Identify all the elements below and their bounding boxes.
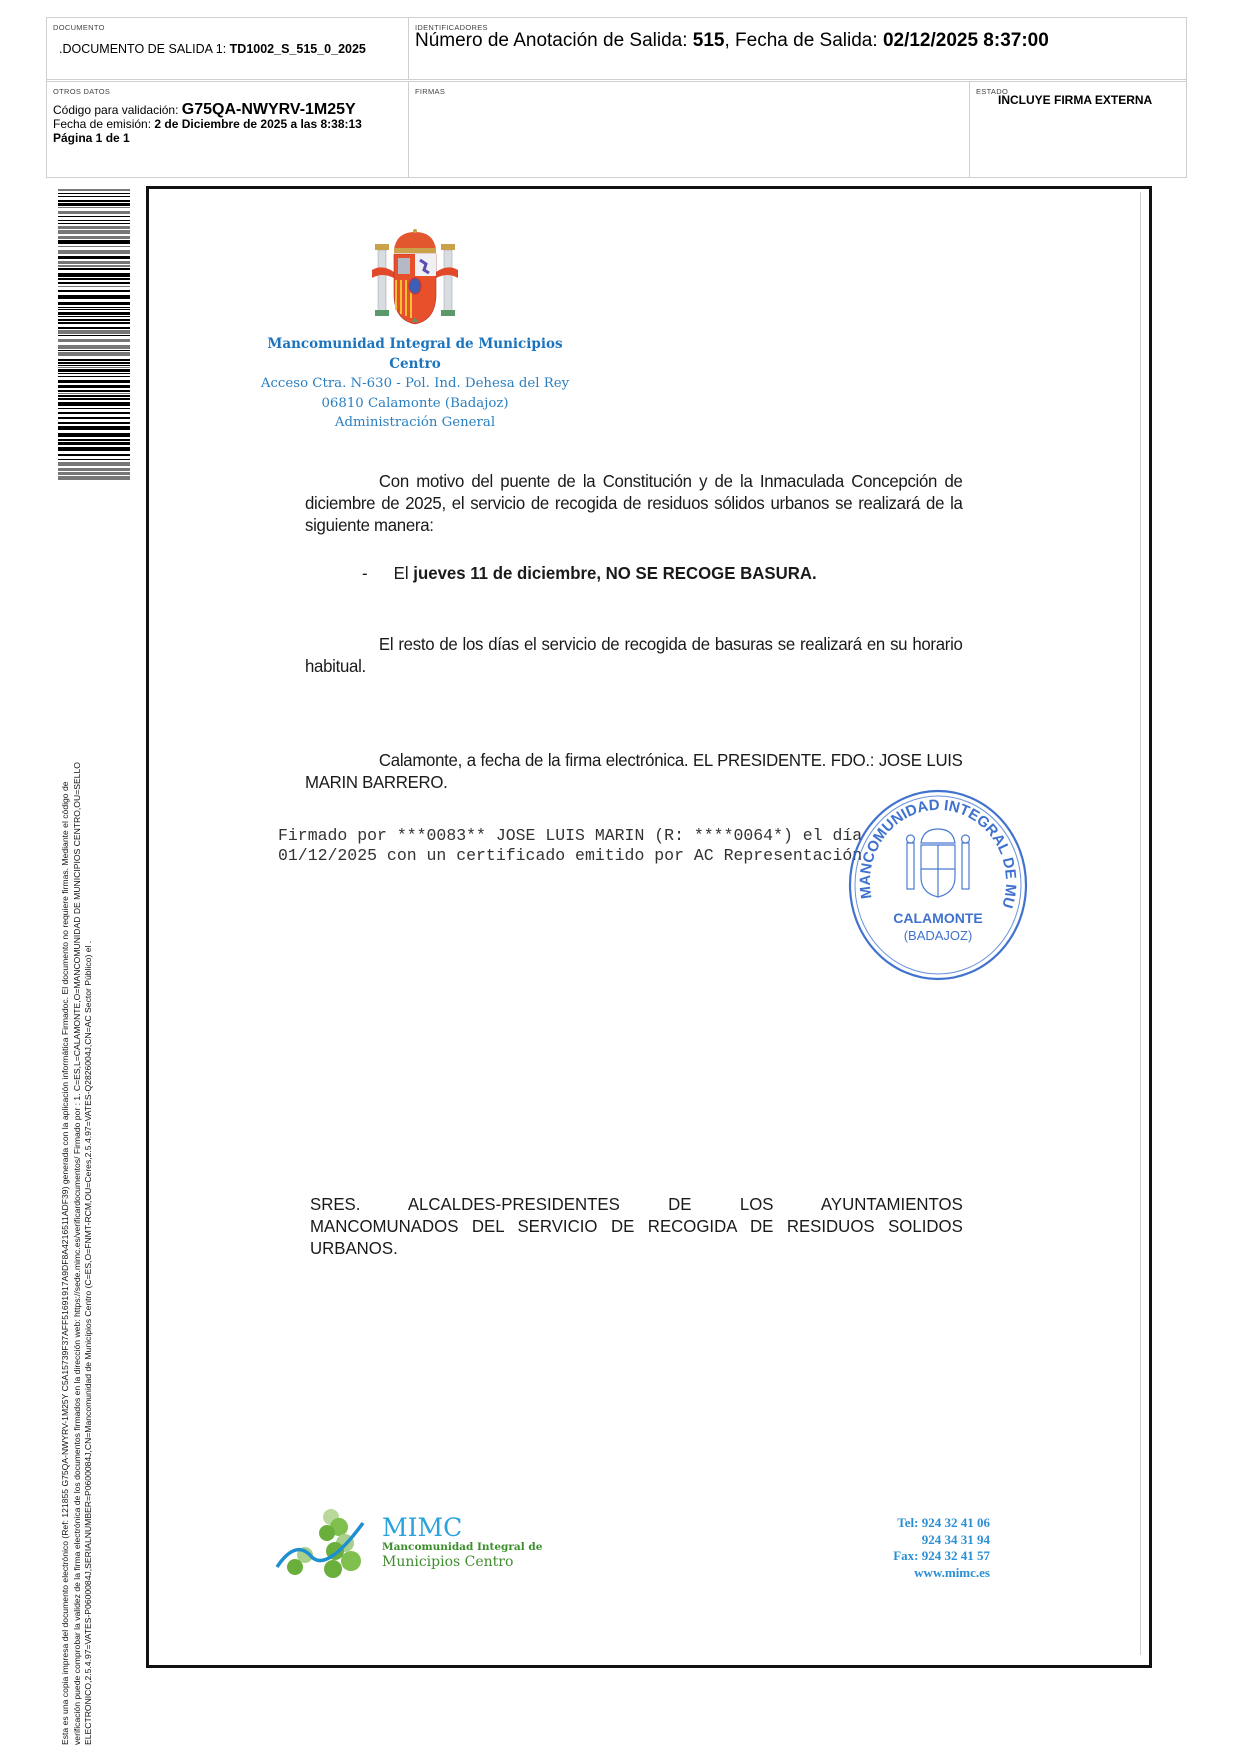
letterhead-department: Administración General (250, 413, 580, 433)
identificadores-cell: IDENTIFICADORES Número de Anotación de S… (409, 18, 1186, 79)
identificadores-value: Número de Anotación de Salida: 515, Fech… (415, 30, 1095, 52)
emision-date: 2 de Diciembre de 2025 a las 8:38:13 (154, 117, 361, 131)
firmas-cell: FIRMAS (409, 82, 970, 177)
paragraph-intro: Con motivo del puente de la Constitución… (305, 470, 963, 536)
letterhead-org-name: Mancomunidad Integral de Municipios Cent… (250, 335, 580, 374)
contact-info: Tel: 924 32 41 06 924 34 31 94 Fax: 924 … (860, 1515, 990, 1581)
emision-label: Fecha de emisión: (53, 117, 154, 131)
otros-datos-label: OTROS DATOS (53, 87, 110, 96)
firmas-label: FIRMAS (415, 87, 445, 96)
document-header-table: DOCUMENTO .DOCUMENTO DE SALIDA 1: TD1002… (46, 17, 1187, 178)
side-text-line-3: ELECTRONICO,2.5.4.97=VATES-P0600084J,SER… (83, 485, 95, 1745)
documento-code: TD1002_S_515_0_2025 (230, 42, 366, 56)
recipients: SRES. ALCALDES-PRESIDENTES DE LOS AYUNTA… (310, 1193, 963, 1259)
svg-text:CALAMONTE: CALAMONTE (893, 910, 982, 926)
documento-prefix: .DOCUMENTO DE SALIDA 1: (59, 42, 230, 56)
documento-value: .DOCUMENTO DE SALIDA 1: TD1002_S_515_0_2… (59, 42, 366, 56)
svg-text:(BADAJOZ): (BADAJOZ) (904, 928, 973, 943)
side-text-line-1: Esta es una copia impresa del documento … (60, 485, 72, 1745)
recipients-line-1: SRES. ALCALDES-PRESIDENTES DE LOS AYUNTA… (310, 1193, 963, 1215)
bullet-item: -El jueves 11 de diciembre, NO SE RECOGE… (362, 563, 817, 584)
mimc-logo-icon (275, 1505, 365, 1585)
validation-code: G75QA-NWYRV-1M25Y (182, 101, 356, 118)
mimc-subtitle-1: Mancomunidad Integral de (382, 1541, 542, 1554)
fecha-salida-label: , Fecha de Salida: (725, 30, 883, 51)
website-link[interactable]: www.mimc.es (860, 1565, 990, 1582)
mimc-brand: MIMC Mancomunidad Integral de Municipios… (382, 1515, 542, 1570)
estado-cell: ESTADO INCLUYE FIRMA EXTERNA (970, 82, 1186, 177)
side-text-line-2: verificación puede comprobar la validez … (72, 485, 84, 1745)
fax: Fax: 924 32 41 57 (860, 1548, 990, 1565)
mimc-subtitle-2: Municipios Centro (382, 1554, 542, 1570)
mimc-wordmark: MIMC (382, 1515, 542, 1541)
otros-datos-body: Código para validación: G75QA-NWYRV-1M25… (53, 100, 362, 145)
page-indicator: Página 1 de 1 (53, 131, 130, 145)
letterhead-address: Acceso Ctra. N-630 - Pol. Ind. Dehesa de… (250, 374, 580, 394)
barcode-icon (58, 189, 130, 485)
estado-value: INCLUYE FIRMA EXTERNA (998, 93, 1152, 107)
bullet-dash: - (362, 563, 394, 584)
signed-line-2: 01/12/2025 con un certificado emitido po… (278, 846, 862, 866)
letterhead-city: 06810 Calamonte (Badajoz) (250, 394, 580, 414)
verification-side-text: Esta es una copia impresa del documento … (60, 485, 95, 1745)
phone-1: Tel: 924 32 41 06 (860, 1515, 990, 1532)
otros-datos-cell: OTROS DATOS Código para validación: G75Q… (47, 82, 409, 177)
bullet-bold-text: jueves 11 de diciembre, NO SE RECOGE BAS… (413, 563, 816, 583)
fecha-salida-value: 02/12/2025 8:37:00 (883, 30, 1049, 51)
recipients-rest: MANCOMUNADOS DEL SERVICIO DE RECOGIDA DE… (310, 1215, 963, 1259)
bullet-prefix: El (394, 563, 414, 583)
coat-of-arms-icon (372, 228, 458, 328)
phone-2: 924 34 31 94 (860, 1532, 990, 1549)
anotacion-number: 515 (693, 30, 725, 51)
letterhead: Mancomunidad Integral de Municipios Cent… (250, 335, 580, 433)
documento-label: DOCUMENTO (53, 23, 105, 32)
signed-line-1: Firmado por ***0083** JOSE LUIS MARIN (R… (278, 826, 862, 846)
paragraph-rest: El resto de los días el servicio de reco… (305, 633, 963, 677)
official-stamp-icon: MANCOMUNIDAD INTEGRAL DE MUNICIPIOS CENT… (843, 785, 1033, 985)
electronic-signature-note: Firmado por ***0083** JOSE LUIS MARIN (R… (278, 826, 862, 866)
anotacion-label: Número de Anotación de Salida: (415, 30, 693, 51)
documento-cell: DOCUMENTO .DOCUMENTO DE SALIDA 1: TD1002… (47, 18, 409, 79)
svg-text:MANCOMUNIDAD INTEGRAL DE MUNIC: MANCOMUNIDAD INTEGRAL DE MUNICIPIOS CENT… (843, 785, 1019, 910)
codigo-label: Código para validación: (53, 103, 182, 117)
